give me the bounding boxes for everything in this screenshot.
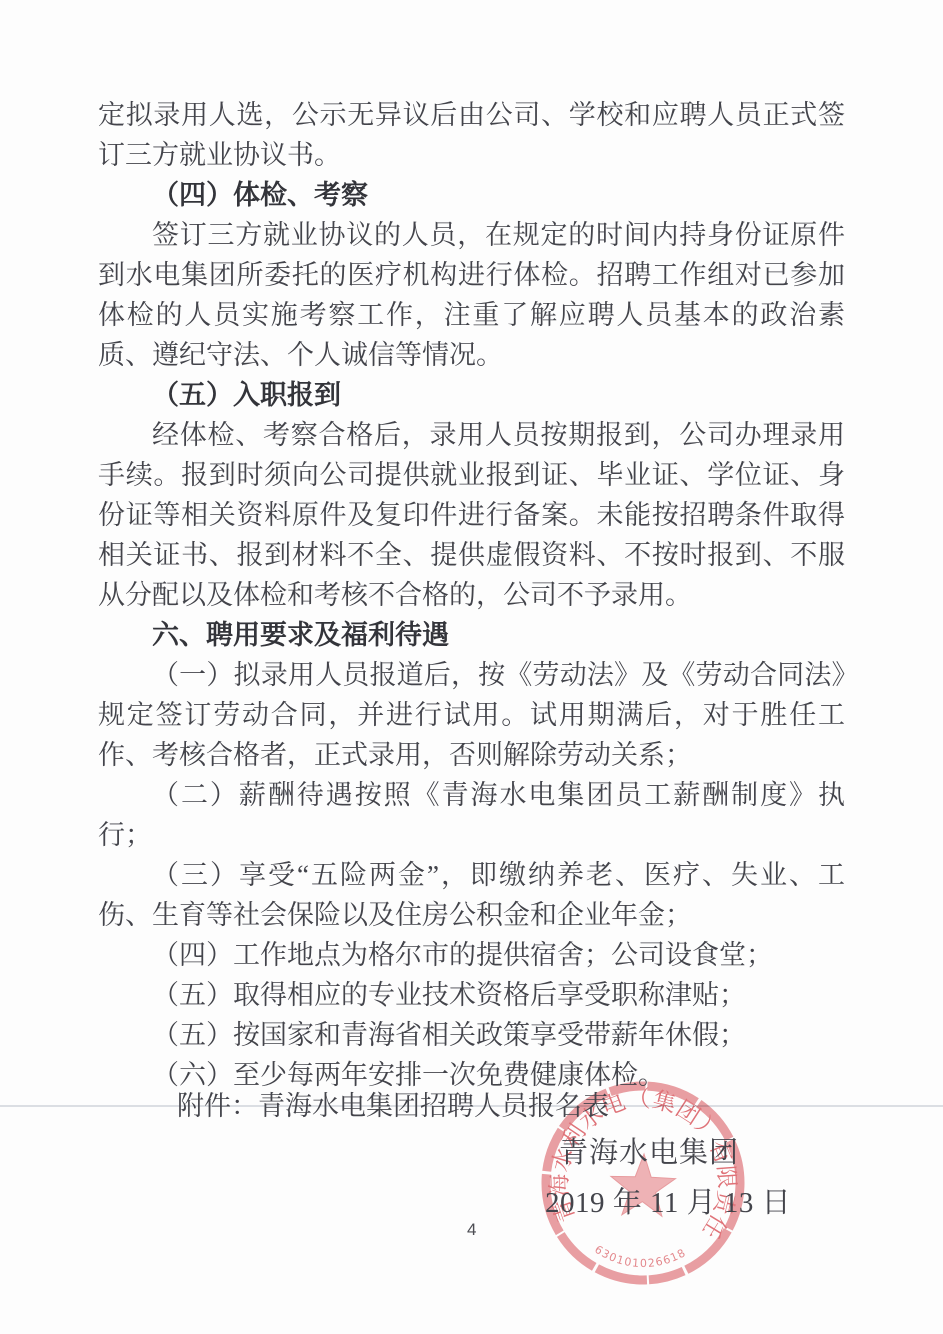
- page-number: 4: [467, 1220, 476, 1240]
- attachment-line: 附件：青海水电集团招聘人员报名表: [177, 1088, 609, 1124]
- section-heading: （五）入职报到: [98, 375, 845, 415]
- list-item: （四）工作地点为格尔市的提供宿舍；公司设食堂；: [98, 935, 845, 975]
- document-body: 定拟录用人选，公示无异议后由公司、学校和应聘人员正式签订三方就业协议书。 （四）…: [98, 95, 845, 1095]
- section-heading: 六、聘用要求及福利待遇: [98, 615, 845, 655]
- list-item: （二）薪酬待遇按照《青海水电集团员工薪酬制度》执行；: [98, 775, 845, 855]
- company-signature: 青海水电集团: [559, 1130, 739, 1171]
- paragraph: 定拟录用人选，公示无异议后由公司、学校和应聘人员正式签订三方就业协议书。: [98, 95, 845, 175]
- list-item: （五）取得相应的专业技术资格后享受职称津贴；: [98, 975, 845, 1015]
- paragraph: 签订三方就业协议的人员，在规定的时间内持身份证原件到水电集团所委托的医疗机构进行…: [98, 215, 845, 375]
- list-item: （三）享受“五险两金”，即缴纳养老、医疗、失业、工伤、生育等社会保险以及住房公积…: [98, 855, 845, 935]
- section-heading: （四）体检、考察: [98, 175, 845, 215]
- scanned-document-page: 定拟录用人选，公示无异议后由公司、学校和应聘人员正式签订三方就业协议书。 （四）…: [0, 0, 943, 1334]
- document-date: 2019 年 11 月 13 日: [545, 1180, 791, 1221]
- list-item: （五）按国家和青海省相关政策享受带薪年休假；: [98, 1015, 845, 1055]
- list-item: （一）拟录用人员报道后，按《劳动法》及《劳动合同法》规定签订劳动合同，并进行试用…: [98, 655, 845, 775]
- paragraph: 经体检、考察合格后，录用人员按期报到，公司办理录用手续。报到时须向公司提供就业报…: [98, 415, 845, 615]
